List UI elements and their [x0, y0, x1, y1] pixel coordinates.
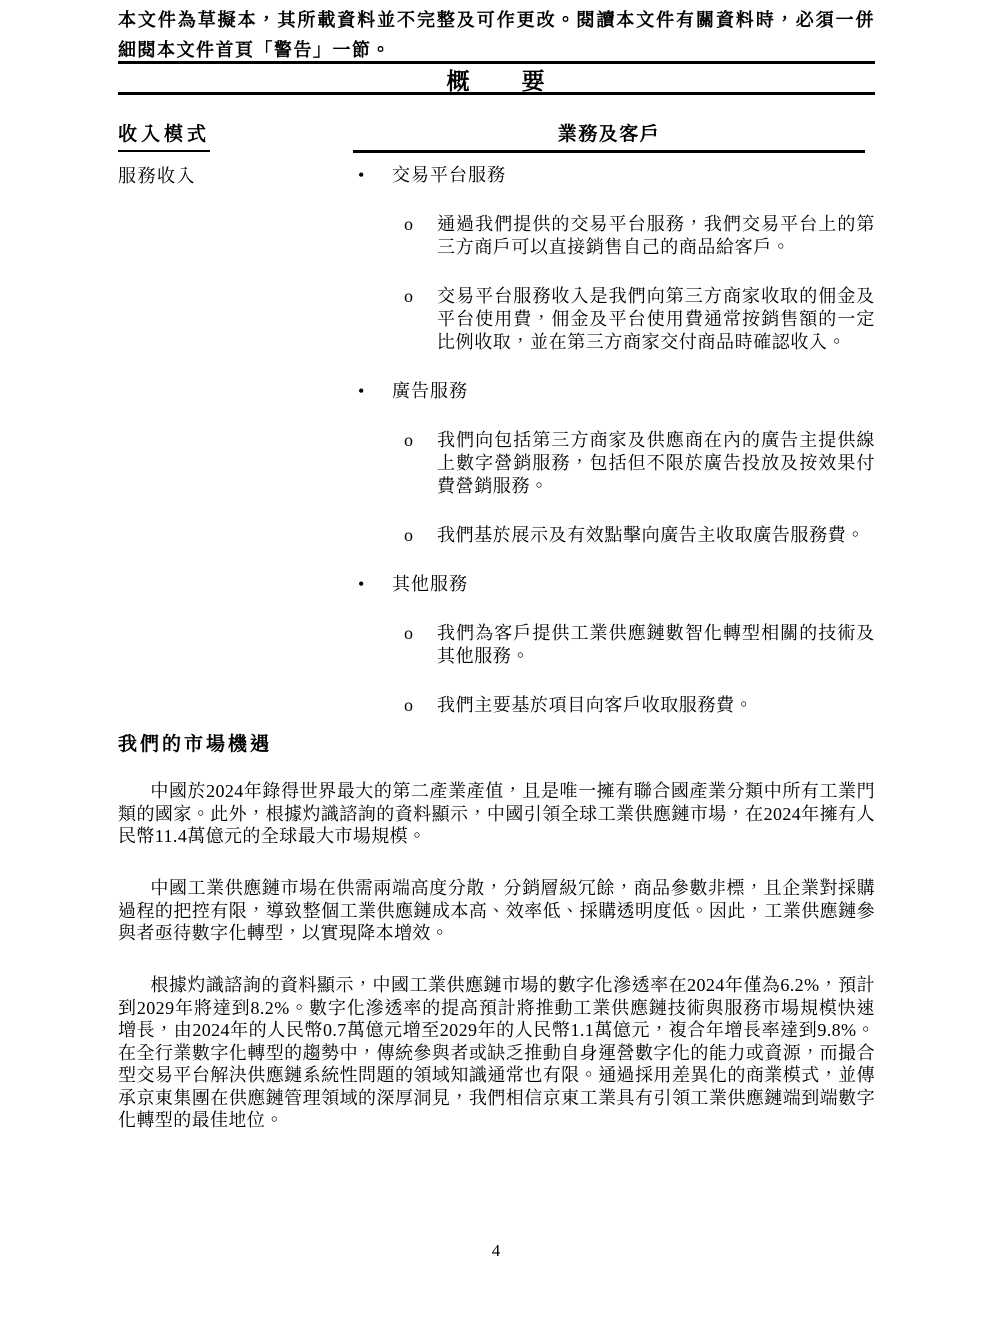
bullet-icon: • — [358, 164, 392, 187]
bullet-icon: • — [358, 573, 392, 596]
column-header-revenue-model: 收入模式 — [118, 119, 210, 152]
sub-bullet-icon: o — [404, 694, 437, 717]
list-subitem: o 我們為客戶提供工業供應鏈數智化轉型相關的技術及其他服務。 — [404, 622, 875, 668]
document-page: 本文件為草擬本，其所載資料並不完整及可作更改。閱讀本文件有關資料時，必須一併細閱… — [0, 0, 992, 1323]
list-subitem-text: 我們向包括第三方商家及供應商在內的廣告主提供線上數字營銷服務，包括但不限於廣告投… — [437, 429, 875, 498]
column-header-business-customers: 業務及客戶 — [558, 124, 661, 145]
market-paragraph: 根據灼識諮詢的資料顯示，中國工業供應鏈市場的數字化滲透率在2024年僅為6.2%… — [118, 974, 875, 1132]
revenue-model-table: 收入模式 服務收入 業務及客戶 • 交易平台服務 o 通過我們提供的交易平台服務… — [118, 119, 875, 717]
service-bullet-list: • 交易平台服務 o 通過我們提供的交易平台服務，我們交易平台上的第三方商戶可以… — [353, 164, 875, 717]
market-paragraph: 中國工業供應鏈市場在供需兩端高度分散，分銷層級冗餘，商品參數非標，且企業對採購過… — [118, 877, 875, 945]
list-subitem-text: 我們為客戶提供工業供應鏈數智化轉型相關的技術及其他服務。 — [437, 622, 875, 668]
list-subitem: o 我們主要基於項目向客戶收取服務費。 — [404, 694, 875, 717]
bullet-icon: • — [358, 380, 392, 403]
column-header-underline: 業務及客戶 — [353, 119, 865, 153]
row-label-service-revenue: 服務收入 — [118, 165, 353, 188]
list-subitem-text: 交易平台服務收入是我們向第三方商家收取的佣金及平台使用費，佣金及平台使用費通常按… — [437, 285, 875, 354]
sub-bullet-icon: o — [404, 524, 437, 547]
list-item: • 其他服務 — [353, 573, 875, 596]
sub-bullet-icon: o — [404, 285, 437, 354]
market-opportunity-heading: 我們的市場機遇 — [118, 729, 875, 756]
sub-bullet-icon: o — [404, 622, 437, 668]
list-item: • 廣告服務 — [353, 380, 875, 403]
list-subitem-text: 我們主要基於項目向客戶收取服務費。 — [437, 694, 875, 717]
page-number: 4 — [0, 1241, 992, 1261]
list-item-title: 廣告服務 — [392, 380, 468, 403]
title-rule-bottom — [118, 92, 875, 95]
list-subitem-text: 通過我們提供的交易平台服務，我們交易平台上的第三方商戶可以直接銷售自己的商品給客… — [437, 213, 875, 259]
market-paragraph: 中國於2024年錄得世界最大的第二產業產值，且是唯一擁有聯合國產業分類中所有工業… — [118, 780, 875, 848]
list-item-title: 交易平台服務 — [392, 164, 506, 187]
list-subitem-text: 我們基於展示及有效點擊向廣告主收取廣告服務費。 — [437, 524, 875, 547]
list-subitem: o 交易平台服務收入是我們向第三方商家收取的佣金及平台使用費，佣金及平台使用費通… — [404, 285, 875, 354]
business-customers-column: 業務及客戶 • 交易平台服務 o 通過我們提供的交易平台服務，我們交易平台上的第… — [353, 119, 875, 717]
list-item-title: 其他服務 — [392, 573, 468, 596]
list-item: • 交易平台服務 — [353, 164, 875, 187]
list-subitem: o 我們基於展示及有效點擊向廣告主收取廣告服務費。 — [404, 524, 875, 547]
sub-bullet-icon: o — [404, 213, 437, 259]
revenue-model-column: 收入模式 服務收入 — [118, 119, 353, 717]
sub-bullet-icon: o — [404, 429, 437, 498]
draft-disclaimer-text: 本文件為草擬本，其所載資料並不完整及可作更改。閱讀本文件有關資料時，必須一併細閱… — [118, 5, 875, 65]
list-subitem: o 我們向包括第三方商家及供應商在內的廣告主提供線上數字營銷服務，包括但不限於廣… — [404, 429, 875, 498]
list-subitem: o 通過我們提供的交易平台服務，我們交易平台上的第三方商戶可以直接銷售自己的商品… — [404, 213, 875, 259]
